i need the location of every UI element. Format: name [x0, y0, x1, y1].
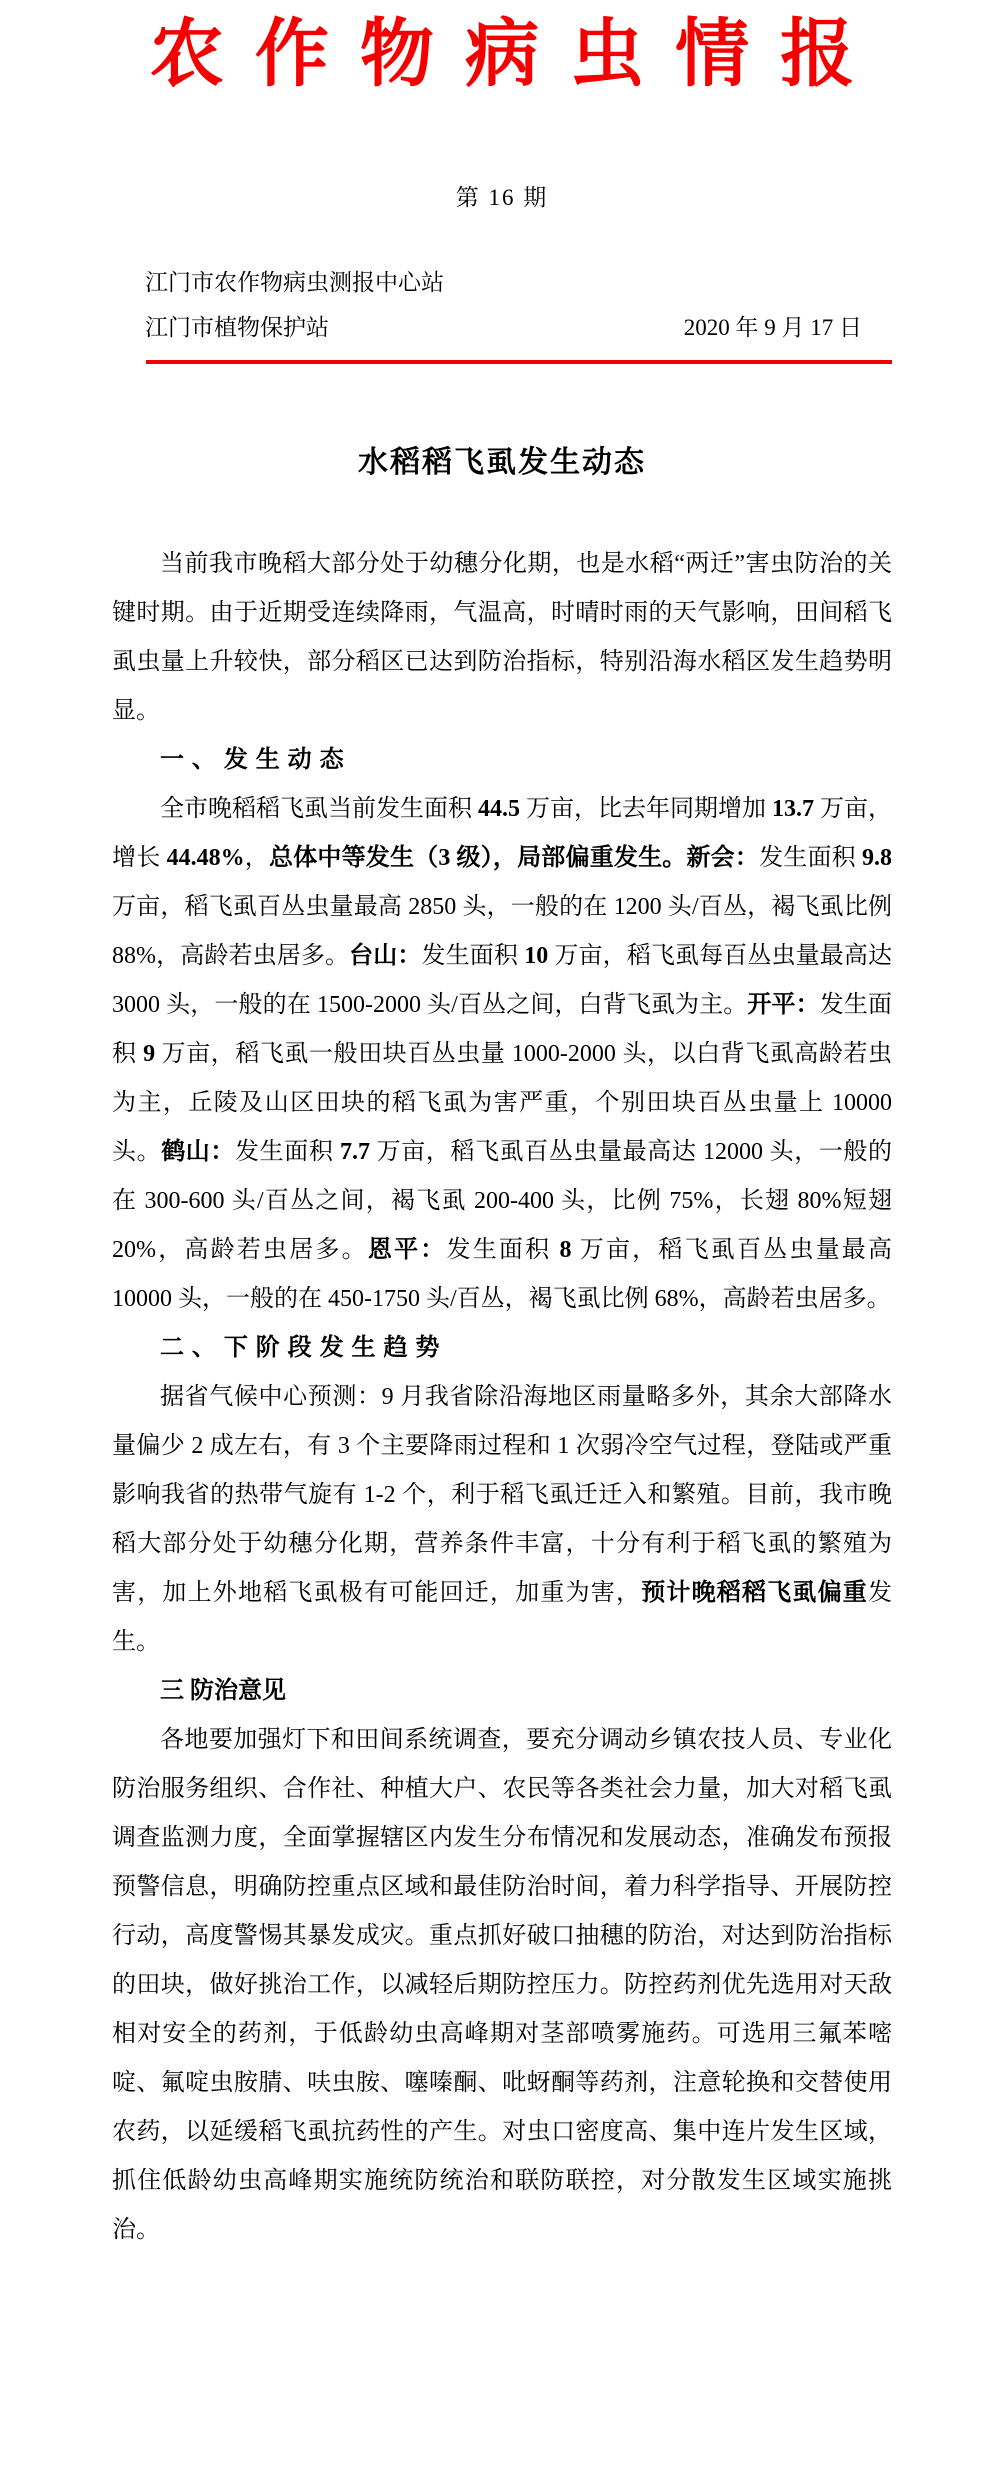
issue-number: 第 16 期: [112, 184, 892, 212]
emphasis-run: 10: [524, 943, 548, 969]
section-heading: 二、下阶段发生趋势: [112, 1324, 892, 1373]
article-body: 当前我市晚稻大部分处于幼穗分化期，也是水稻“两迁”害虫防治的关键时期。由于近期受…: [112, 540, 892, 2255]
article-title: 水稻稻飞虱发生动态: [112, 442, 892, 484]
emphasis-run: 台山：: [349, 943, 421, 969]
text-run: 各地要加强灯下和田间系统调查，要充分调动乡镇农技人员、专业化防治服务组织、合作社…: [112, 1727, 892, 2243]
text-run: ，: [245, 845, 269, 871]
emphasis-run: 预计晚稻稻飞虱偏重: [641, 1580, 868, 1606]
red-divider-rule: [146, 360, 892, 364]
section-heading: 一、发生动态: [112, 736, 892, 785]
text-run: 发生面积: [759, 845, 862, 871]
org-date-row: 江门市植物保护站 2020 年 9 月 17 日: [145, 313, 892, 343]
text-run: 发生面积: [446, 1237, 559, 1263]
emphasis-run: 鹤山：: [161, 1139, 235, 1165]
paragraph: 据省气候中心预测：9 月我省除沿海地区雨量略多外，其余大部降水量偏少 2 成左右…: [112, 1373, 892, 1667]
section-heading: 三 防治意见: [112, 1667, 892, 1716]
text-run: 据省气候中心预测：9 月我省除沿海地区雨量略多外，其余大部降水量偏少 2 成左右…: [112, 1384, 892, 1606]
emphasis-run: 开平：: [747, 992, 819, 1018]
emphasis-run: 8: [560, 1237, 572, 1263]
emphasis-run: 总体中等发生（3 级），局部偏重发生。: [269, 845, 686, 871]
issue-date: 2020 年 9 月 17 日: [684, 313, 862, 343]
emphasis-run: 44.48%: [167, 845, 245, 871]
text-run: 发生面积: [235, 1139, 340, 1165]
paragraph: 当前我市晚稻大部分处于幼穗分化期，也是水稻“两迁”害虫防治的关键时期。由于近期受…: [112, 540, 892, 736]
text-run: 全市晚稻稻飞虱当前发生面积: [160, 796, 478, 822]
page-inner: 农作物病虫情报 第 16 期 江门市农作物病虫测报中心站 江门市植物保护站 20…: [0, 6, 1000, 2255]
text-run: 发生面积: [422, 943, 525, 969]
masthead-title: 农作物病虫情报: [112, 6, 892, 102]
bulletin-page: 农作物病虫情报 第 16 期 江门市农作物病虫测报中心站 江门市植物保护站 20…: [0, 0, 1000, 2491]
emphasis-run: 13.7: [772, 796, 814, 822]
paragraph: 各地要加强灯下和田间系统调查，要充分调动乡镇农技人员、专业化防治服务组织、合作社…: [112, 1716, 892, 2255]
emphasis-run: 9.8: [862, 845, 892, 871]
text-run: 万亩，比去年同期增加: [520, 796, 772, 822]
emphasis-run: 7.7: [340, 1139, 370, 1165]
emphasis-run: 恩平：: [368, 1237, 447, 1263]
emphasis-run: 44.5: [478, 796, 520, 822]
org-name-primary: 江门市农作物病虫测报中心站: [145, 268, 892, 298]
text-run: 当前我市晚稻大部分处于幼穗分化期，也是水稻“两迁”害虫防治的关键时期。由于近期受…: [112, 551, 892, 724]
emphasis-run: 新会：: [686, 845, 759, 871]
issuer-block: 江门市农作物病虫测报中心站 江门市植物保护站 2020 年 9 月 17 日: [145, 268, 892, 343]
emphasis-run: 9: [143, 1041, 155, 1067]
paragraph: 全市晚稻稻飞虱当前发生面积 44.5 万亩，比去年同期增加 13.7 万亩，增长…: [112, 785, 892, 1324]
org-name-secondary: 江门市植物保护站: [145, 313, 329, 343]
